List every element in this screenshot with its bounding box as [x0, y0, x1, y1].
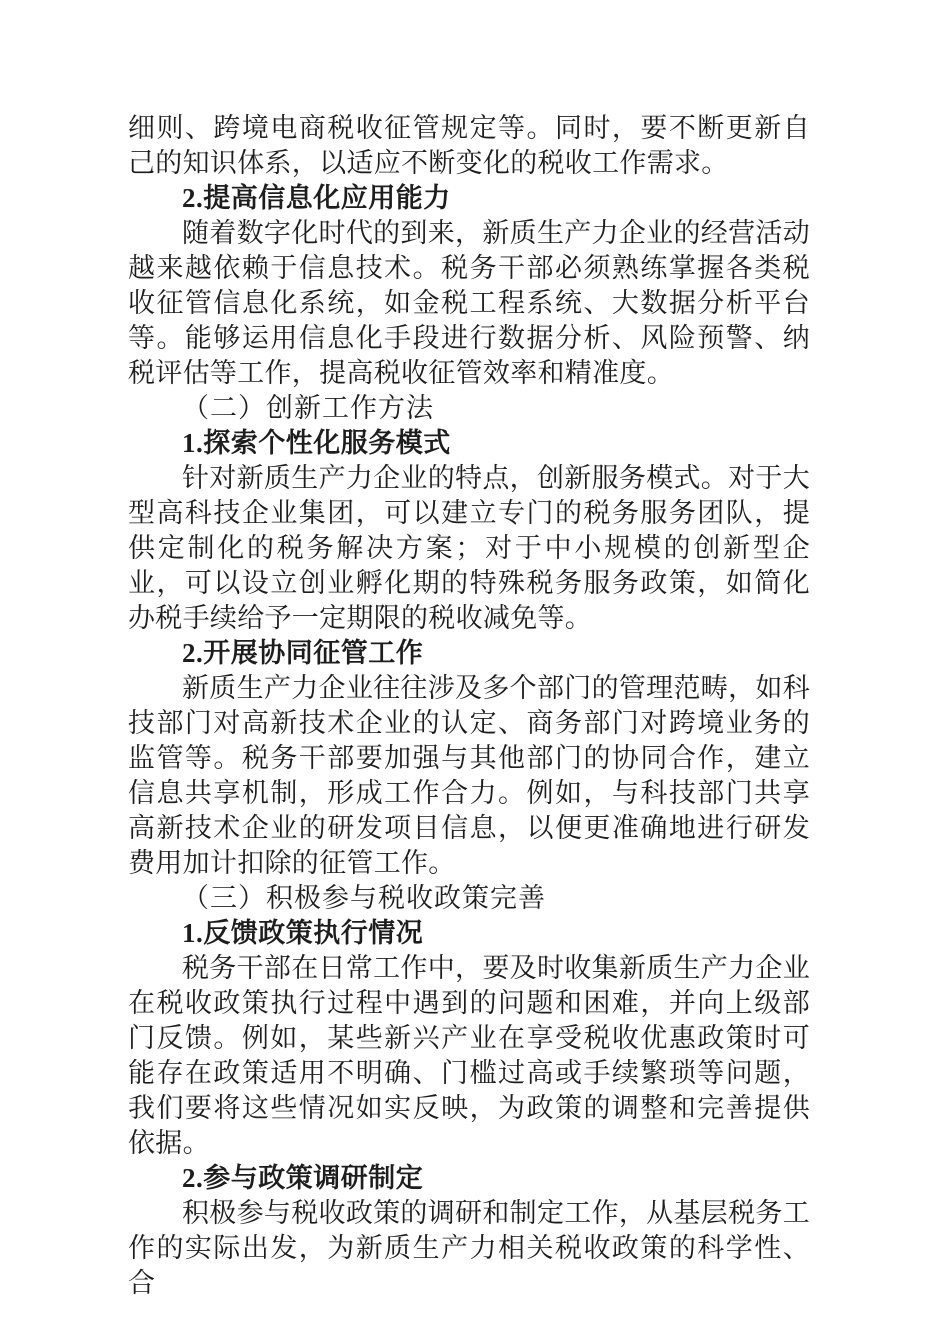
numbered-subheading: 2.参与政策调研制定: [128, 1161, 810, 1196]
numbered-subheading: 2.开展协同征管工作: [128, 636, 810, 671]
body-paragraph: 税务干部在日常工作中，要及时收集新质生产力企业在税收政策执行过程中遇到的问题和困…: [128, 951, 810, 1161]
document-page: 细则、跨境电商税收征管规定等。同时，要不断更新自己的知识体系，以适应不断变化的税…: [0, 0, 950, 1344]
body-paragraph: 随着数字化时代的到来，新质生产力企业的经营活动越来越依赖于信息技术。税务干部必须…: [128, 216, 810, 391]
numbered-subheading: 1.反馈政策执行情况: [128, 916, 810, 951]
body-paragraph: 针对新质生产力企业的特点，创新服务模式。对于大型高科技企业集团，可以建立专门的税…: [128, 461, 810, 636]
numbered-subheading: 2.提高信息化应用能力: [128, 181, 810, 216]
numbered-subheading: 1.探索个性化服务模式: [128, 426, 810, 461]
body-paragraph: 新质生产力企业往往涉及多个部门的管理范畴，如科技部门对高新技术企业的认定、商务部…: [128, 671, 810, 881]
section-heading: （二）创新工作方法: [128, 391, 810, 426]
page-text-content: 细则、跨境电商税收征管规定等。同时，要不断更新自己的知识体系，以适应不断变化的税…: [128, 111, 810, 1301]
body-paragraph: 积极参与税收政策的调研和制定工作，从基层税务工作的实际出发，为新质生产力相关税收…: [128, 1196, 810, 1301]
body-paragraph: 细则、跨境电商税收征管规定等。同时，要不断更新自己的知识体系，以适应不断变化的税…: [128, 111, 810, 181]
section-heading: （三）积极参与税收政策完善: [128, 881, 810, 916]
